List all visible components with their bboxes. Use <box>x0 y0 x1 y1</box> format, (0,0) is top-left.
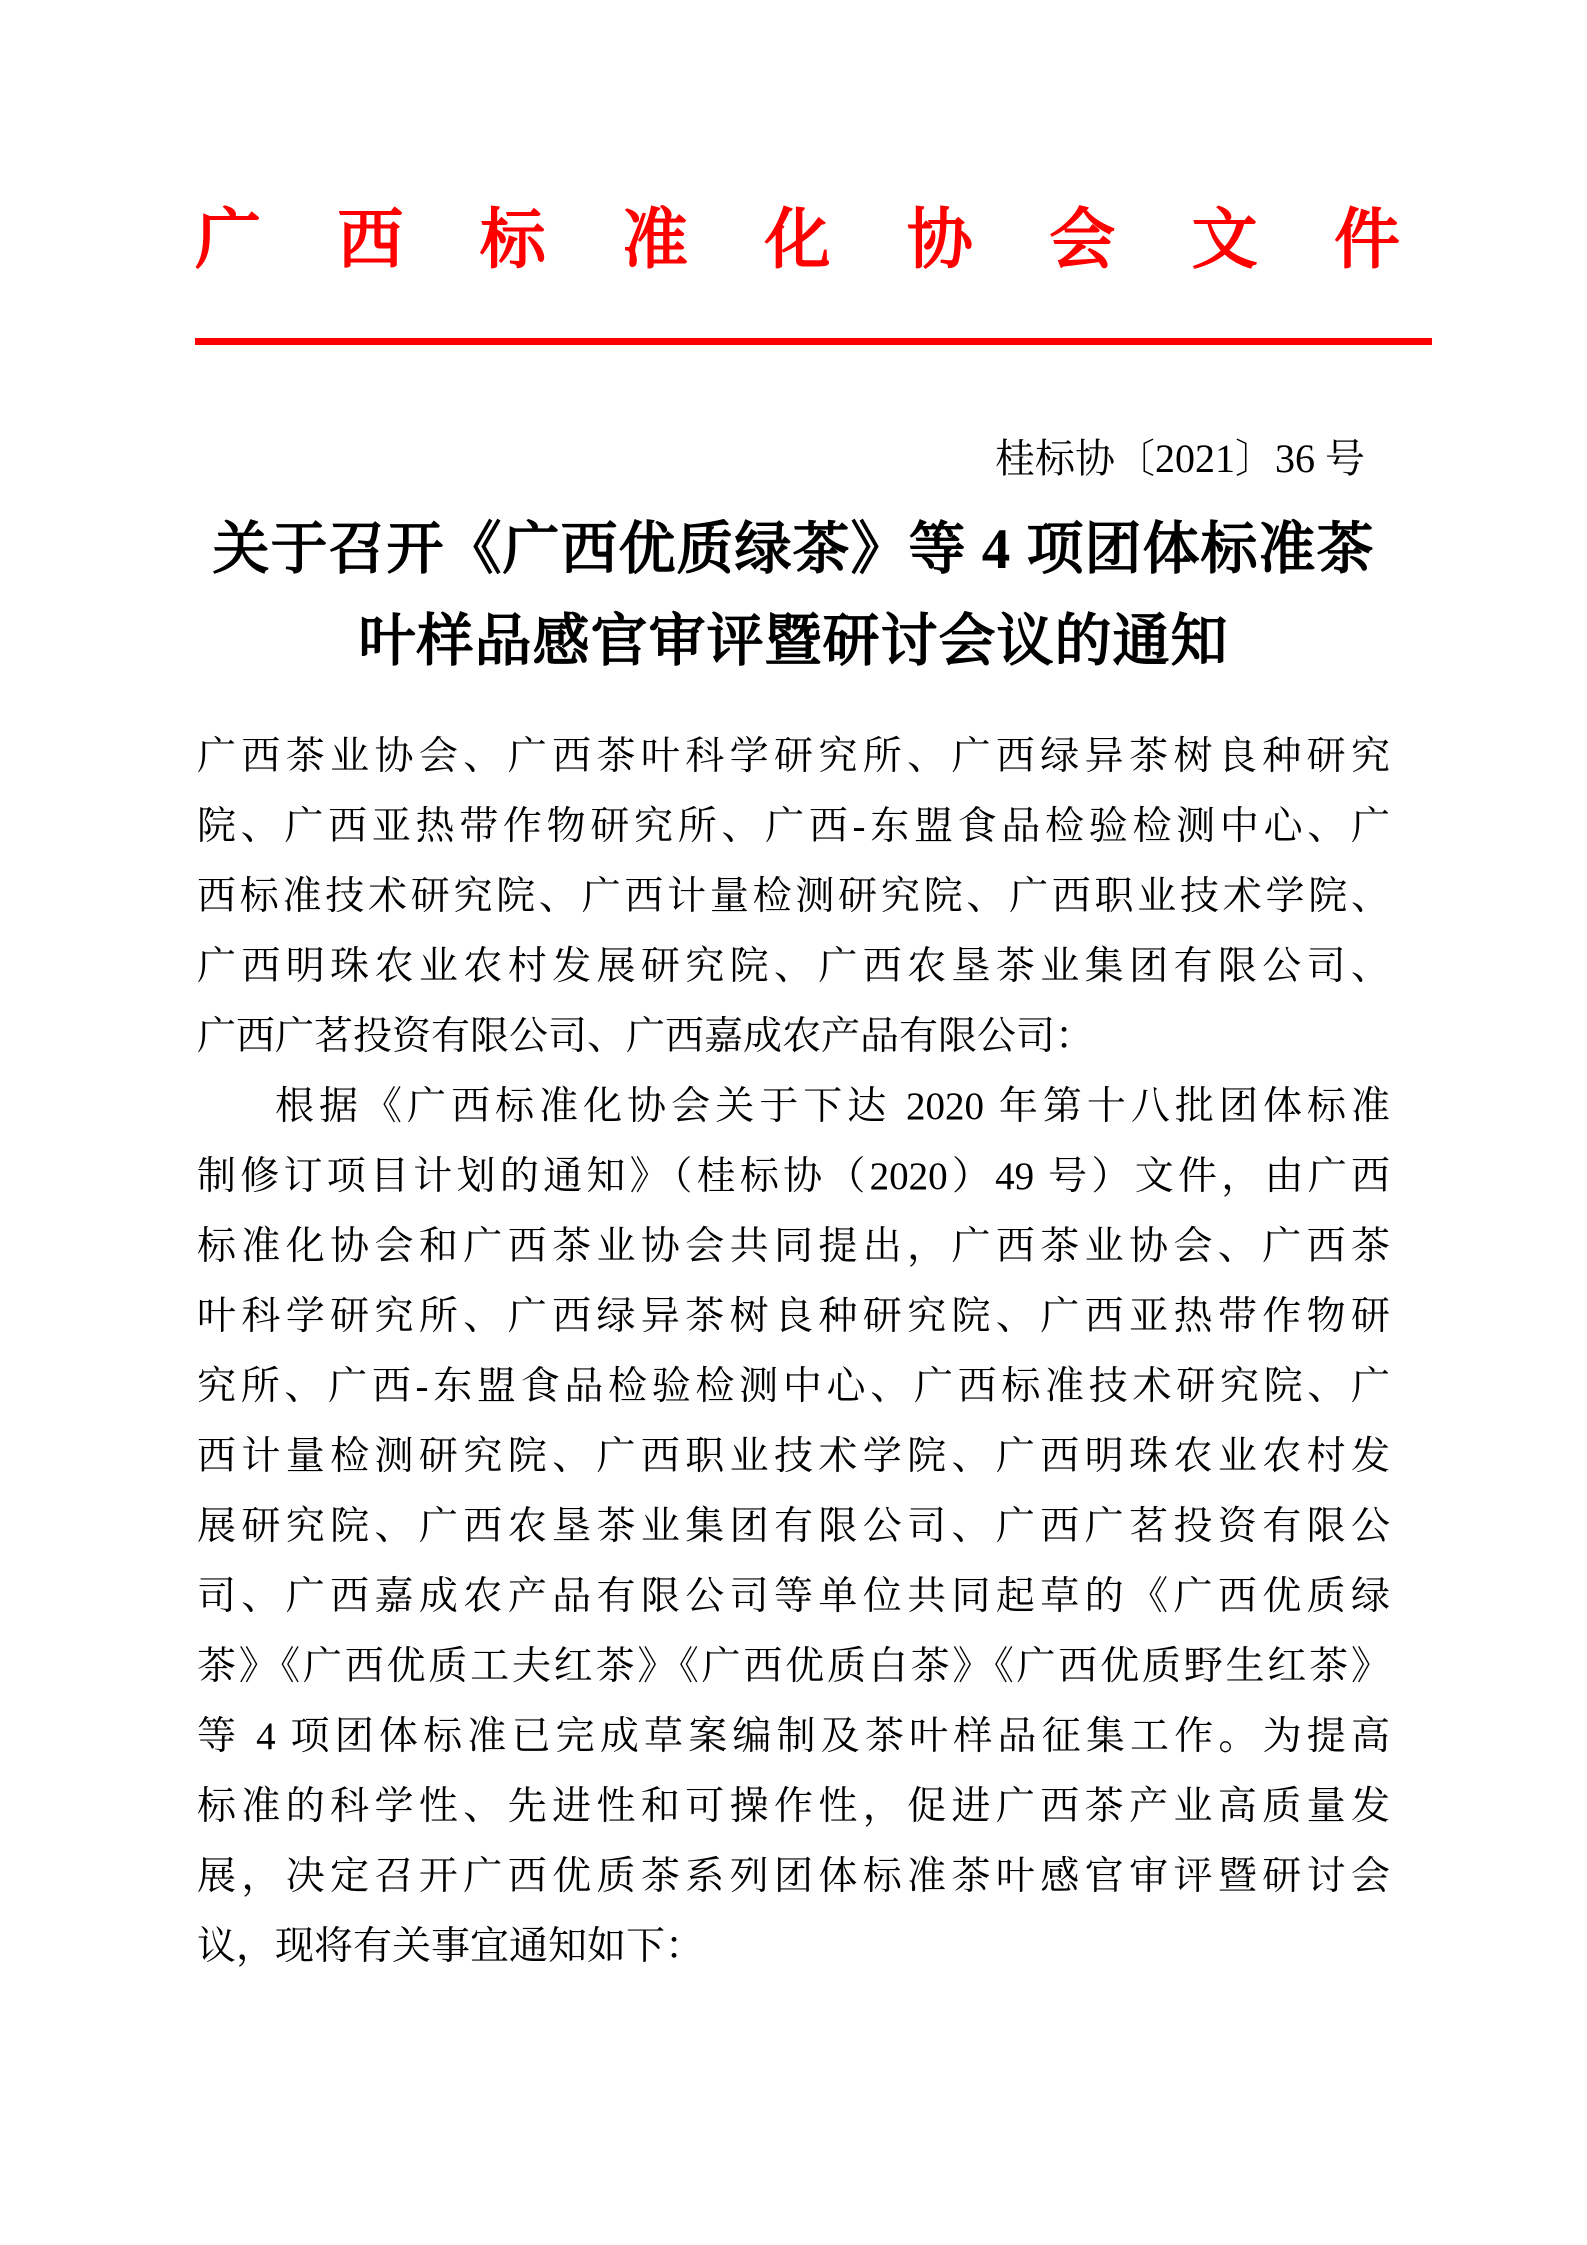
document-body: 广西茶业协会、广西茶叶科学研究所、广西绿异茶树良种研究 院、广西亚热带作物研究所… <box>197 722 1390 1982</box>
letterhead-char: 件 <box>1334 203 1400 276</box>
body-line: 叶科学研究所、广西绿异茶树良种研究院、广西亚热带作物研 <box>197 1282 1390 1352</box>
letterhead-char: 化 <box>765 203 831 276</box>
body-line: 展研究院、广西农垦茶业集团有限公司、广西广茗投资有限公 <box>197 1492 1390 1562</box>
letterhead-char: 广 <box>195 203 261 276</box>
recipients-paragraph: 广西茶业协会、广西茶叶科学研究所、广西绿异茶树良种研究 院、广西亚热带作物研究所… <box>197 722 1390 1072</box>
body-line: 究所、广西-东盟食品检验检测中心、广西标准技术研究院、广 <box>197 1352 1390 1422</box>
body-line: 制修订项目计划的通知》（桂标协（2020）49 号）文件，由广西 <box>197 1142 1390 1212</box>
letterhead-char: 准 <box>622 203 688 276</box>
letterhead-char: 西 <box>337 203 403 276</box>
document-number: 桂标协〔2021〕36 号 <box>197 436 1365 482</box>
body-line: 等 4 项团体标准已完成草案编制及茶叶样品征集工作。为提高 <box>197 1702 1390 1772</box>
body-line: 展，决定召开广西优质茶系列团体标准茶叶感官审评暨研讨会 <box>197 1842 1390 1912</box>
document-title-line-2: 叶样品感官审评暨研讨会议的通知 <box>197 596 1390 688</box>
body-line: 西计量检测研究院、广西职业技术学院、广西明珠农业农村发 <box>197 1422 1390 1492</box>
letterhead-char: 文 <box>1192 203 1258 276</box>
letterhead-char: 协 <box>907 203 973 276</box>
document-title: 关于召开《广西优质绿茶》等 4 项团体标准茶 叶样品感官审评暨研讨会议的通知 <box>197 504 1390 688</box>
letterhead-char: 标 <box>480 203 546 276</box>
body-line: 司、广西嘉成农产品有限公司等单位共同起草的《广西优质绿 <box>197 1562 1390 1632</box>
body-line: 根据《广西标准化协会关于下达 2020 年第十八批团体标准 <box>197 1072 1390 1142</box>
body-line: 西标准技术研究院、广西计量检测研究院、广西职业技术学院、 <box>197 862 1390 932</box>
letterhead-char: 会 <box>1049 203 1115 276</box>
body-line: 标准的科学性、先进性和可操作性，促进广西茶产业高质量发 <box>197 1772 1390 1842</box>
letterhead-divider-line <box>195 338 1432 345</box>
body-line: 议，现将有关事宜通知如下： <box>197 1912 1390 1982</box>
letterhead-title: 广 西 标 准 化 协 会 文 件 <box>195 203 1400 276</box>
body-line: 茶》《广西优质工夫红茶》《广西优质白茶》《广西优质野生红茶》 <box>197 1632 1390 1702</box>
background-paragraph: 根据《广西标准化协会关于下达 2020 年第十八批团体标准 制修订项目计划的通知… <box>197 1072 1390 1982</box>
document-page: 广 西 标 准 化 协 会 文 件 桂标协〔2021〕36 号 关于召开《广西优… <box>0 0 1587 2245</box>
document-title-line-1: 关于召开《广西优质绿茶》等 4 项团体标准茶 <box>197 504 1390 596</box>
body-line: 广西明珠农业农村发展研究院、广西农垦茶业集团有限公司、 <box>197 932 1390 1002</box>
body-line: 广西茶业协会、广西茶叶科学研究所、广西绿异茶树良种研究 <box>197 722 1390 792</box>
body-line: 广西广茗投资有限公司、广西嘉成农产品有限公司： <box>197 1002 1390 1072</box>
body-line: 院、广西亚热带作物研究所、广西-东盟食品检验检测中心、广 <box>197 792 1390 862</box>
body-line: 标准化协会和广西茶业协会共同提出，广西茶业协会、广西茶 <box>197 1212 1390 1282</box>
